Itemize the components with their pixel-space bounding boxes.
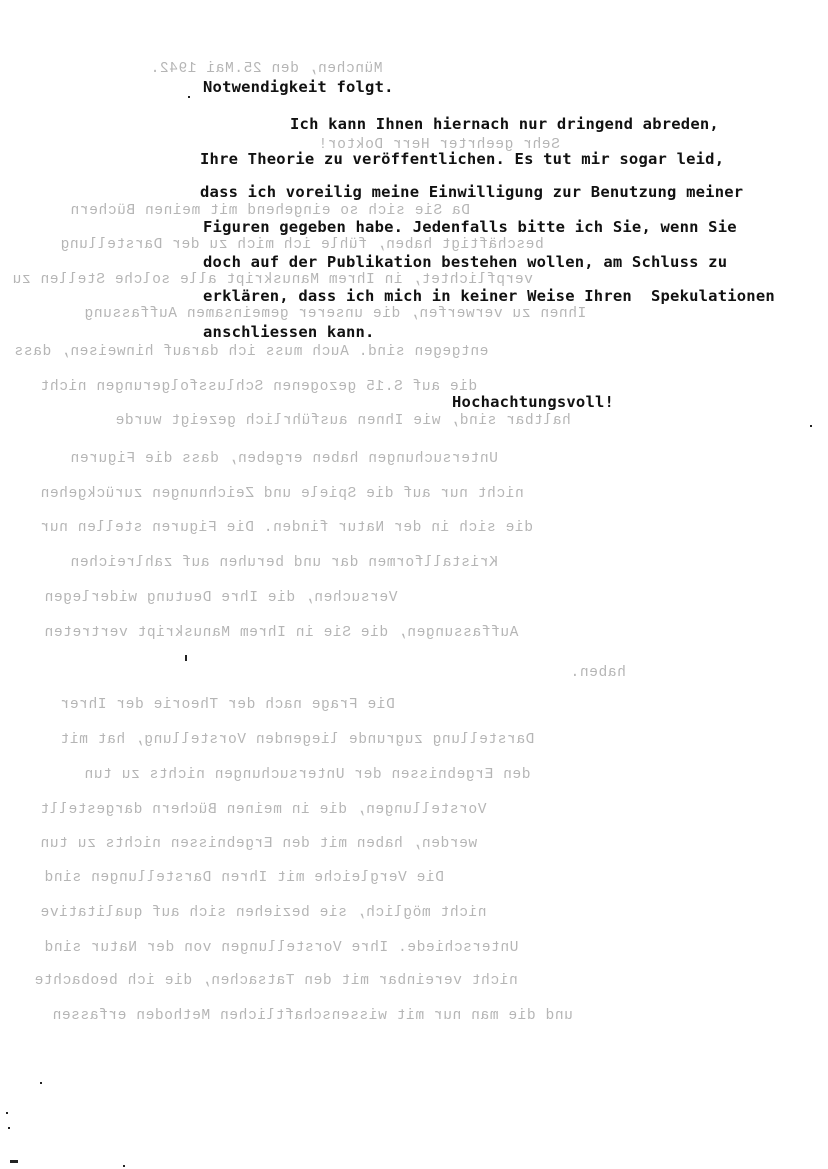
- bleed-through-line: und die man nur mit wissenschaftlichen M…: [52, 1008, 573, 1024]
- letter-line: Ihre Theorie zu veröffentlichen. Es tut …: [200, 150, 724, 168]
- scan-speck: [10, 1160, 18, 1163]
- letter-line: Figuren gegeben habe. Jedenfalls bitte i…: [203, 218, 737, 236]
- letter-line: Ich kann Ihnen hiernach nur dringend abr…: [290, 115, 719, 133]
- bleed-through-line: München, den 25.Mai 1942.: [150, 61, 383, 77]
- bleed-through-line: beschäftigt haben, fühle ich mich zu der…: [60, 237, 544, 253]
- scan-speck: [6, 1112, 8, 1114]
- bleed-through-line: Untersuchungen haben ergeben, dass die F…: [70, 451, 498, 467]
- scan-speck: [8, 1127, 10, 1129]
- bleed-through-line: Unterschiede. Ihre Vorstellungen von der…: [44, 940, 518, 956]
- bleed-through-line: Vorstellungen, die in meinen Büchern dar…: [40, 802, 486, 818]
- bleed-through-line: werden, haben mit den Ergebnissen nichts…: [40, 836, 477, 852]
- letter-line: dass ich voreilig meine Einwilligung zur…: [200, 183, 743, 201]
- bleed-through-line: haben.: [570, 665, 626, 681]
- scan-speck: [40, 1082, 42, 1084]
- scan-speck: [810, 425, 812, 427]
- letter-line: Notwendigkeit folgt.: [203, 78, 394, 96]
- bleed-through-line: haltbar sind, wie Ihnen ausführlich geze…: [115, 413, 571, 429]
- letter-line: erklären, dass ich mich in keiner Weise …: [203, 287, 775, 305]
- bleed-through-line: Auffassungen, die Sie in Ihrem Manuskrip…: [44, 625, 518, 641]
- letter-line: doch auf der Publikation bestehen wollen…: [203, 253, 727, 271]
- bleed-through-line: verpflichtet, in Ihrem Manuskript alle s…: [12, 272, 533, 288]
- bleed-through-line: nicht vereinbar mit den Tatsachen, die i…: [34, 973, 518, 989]
- scan-speck: [188, 96, 190, 98]
- bleed-through-line: den Ergebnissen der Untersuchungen nicht…: [84, 767, 530, 783]
- bleed-through-line: Da Sie sich so eingehend mit meinen Büch…: [70, 203, 470, 219]
- letter-line: anschliessen kann.: [203, 323, 375, 341]
- bleed-through-line: Ihnen zu verwerfen, die unserer gemeinsa…: [84, 306, 586, 322]
- bleed-through-line: die auf S.15 gezogenen Schlussfolgerunge…: [40, 379, 477, 395]
- scan-speck: [123, 1165, 125, 1167]
- bleed-through-line: Kristallformen dar und beruhen auf zahlr…: [70, 555, 498, 571]
- closing-salutation: Hochachtungsvoll!: [452, 393, 614, 411]
- bleed-through-line: Die Frage nach der Theorie der Ihrer: [60, 697, 395, 713]
- bleed-through-line: nicht nur auf die Spiele und Zeichnungen…: [40, 486, 524, 502]
- bleed-through-line: entgegen sind. Auch muss ich darauf hinw…: [14, 344, 488, 360]
- bleed-through-line: Versuchen, die Ihre Deutung widerlegen: [44, 590, 397, 606]
- bleed-through-line: Darstellung zugrunde liegenden Vorstellu…: [60, 732, 534, 748]
- scanned-letter-page: München, den 25.Mai 1942.Sehr geehrter H…: [0, 0, 828, 1169]
- bleed-through-line: die sich in der Natur finden. Die Figure…: [40, 520, 533, 536]
- bleed-through-line: Die Vergleiche mit Ihren Darstellungen s…: [44, 870, 444, 886]
- bleed-through-line: nicht möglich, sie beziehen sich auf qua…: [40, 905, 486, 921]
- scan-speck: [185, 655, 187, 661]
